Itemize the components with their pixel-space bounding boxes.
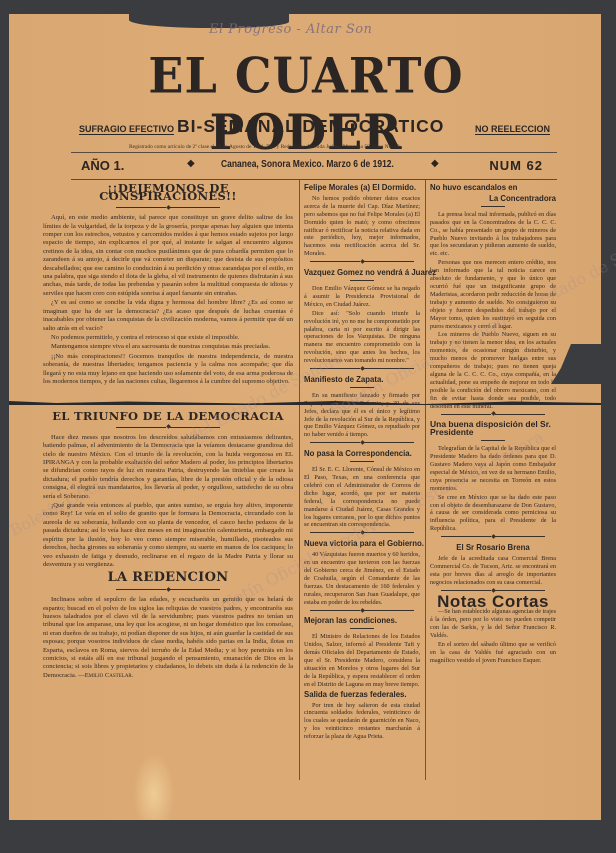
torn-edge <box>551 344 601 384</box>
paragraph: Telegrafían de la Capital de la Repúblic… <box>430 445 556 492</box>
place-date: Cananea, Sonora Mexico. Marzo 6 de 1912. <box>221 159 394 170</box>
paragraph: El Sr. E. C. Llorente, Cónsul de México … <box>304 466 420 529</box>
issue-number: NUM 62 <box>489 158 543 173</box>
middle-column: Felipe Morales (a) El Dormido. No hemos … <box>304 182 420 742</box>
headline: El Sr Rosario Brena <box>435 544 551 552</box>
divider <box>350 280 374 281</box>
paragraph: Personas que nos merecen entero crédito,… <box>430 259 556 330</box>
paragraph: ¡Qué grande veía entonces al pueblo, que… <box>43 502 293 569</box>
paragraph: Los mineros de Pueblo Nuevo, siguen en s… <box>430 331 556 410</box>
ornament-divider: ◆ <box>304 530 420 538</box>
ornament-divider: ◆ <box>43 586 293 594</box>
divider <box>350 628 374 629</box>
paragraph: Mantengamos siempre viva el ara sacrosan… <box>43 343 293 351</box>
newspaper-page: El Progreso - Altar Son EL CUARTO PODER … <box>9 14 601 820</box>
headline: LA REDENCION <box>43 574 293 582</box>
diamond-icon: ◆ <box>187 158 195 169</box>
registration-line: Registrado como artículo de 2ª clase el … <box>129 144 401 150</box>
headline: EL TRIUNFO DE LA DEMOCRACIA <box>43 412 293 420</box>
paragraph: No hemos podido obtener datos exactos ac… <box>304 195 420 258</box>
ornament-divider: ◆ <box>304 440 420 448</box>
article-triunfo: EL TRIUNFO DE LA DEMOCRACIA ◆ Hace diez … <box>43 410 293 681</box>
newspaper-subtitle: BI-SEMANAL DEMOCRATICO <box>177 116 444 137</box>
divider <box>481 206 505 207</box>
ornament-divider: ◆ <box>430 534 556 542</box>
motto-right: NO REELECCION <box>475 124 550 135</box>
article-conspiraciones: ¡¡DEJEMONOS DE CONSPIRACIONES!! ◆ Aquí, … <box>43 182 293 387</box>
paragraph: Don Emilio Vázquez Gómez se ha negado á … <box>304 285 420 309</box>
headline: Salida de fuerzas federales. <box>304 691 411 699</box>
diamond-icon: ◆ <box>431 158 439 169</box>
headline: Nueva victoria para el Gobierno. <box>304 540 411 548</box>
ornament-divider: ◆ <box>304 259 420 267</box>
paragraph: ¡¡No más conspiraciones!! Gocemos tranqu… <box>43 353 293 387</box>
paragraph: Inclinaos sobre el sepulcro de las edade… <box>43 596 293 680</box>
paragraph: Jefe de la acreditada casa Comercial Bre… <box>430 555 556 587</box>
ornament-divider: ◆ <box>43 204 293 212</box>
paragraph: Se cree en México que se ha dado este pa… <box>430 494 556 534</box>
issue-year: AÑO 1. <box>81 158 124 173</box>
paragraph: Dice así: "Solo cuando triunfe la revolu… <box>304 310 420 365</box>
right-column: No huvo escandalos en La Concentradora L… <box>430 182 556 666</box>
paragraph: ¿Y es así como se concibe la vida digna … <box>43 299 293 333</box>
paragraph: No podemos permitirlo, y contra el retro… <box>43 334 293 342</box>
column-divider <box>299 180 300 780</box>
signature: —Emilio Castelar. <box>78 672 133 679</box>
headline: No pasa la Correspondencia. <box>304 450 411 458</box>
paragraph: En su manifiesto lanzado y firmado por Z… <box>304 392 420 439</box>
paragraph: Aquí, en este medio ambiente, tal parece… <box>43 214 293 298</box>
motto-left: SUFRAGIO EFECTIVO <box>79 124 174 135</box>
paragraph: En el sorteo del sábado último que se ve… <box>430 641 556 665</box>
headline: ¡¡DEJEMONOS DE CONSPIRACIONES!! <box>43 184 293 201</box>
ornament-divider: ◆ <box>304 366 420 374</box>
paragraph: Por tren de hoy salieron de esta ciudad … <box>304 702 420 742</box>
headline: La Concentradora <box>440 195 556 203</box>
paragraph: El Ministro de Relaciones de los Estados… <box>304 633 420 688</box>
headline: No huvo escandalos en <box>430 184 546 192</box>
paragraph: 40 Vázquistas fueron muertos y 60 herido… <box>304 551 420 606</box>
paragraph: —Se han establecido algunas agencias de … <box>430 608 556 640</box>
divider <box>481 440 505 441</box>
headline: Felipe Morales (a) El Dormido. <box>304 184 411 192</box>
ornament-divider: ◆ <box>430 411 556 419</box>
paragraph: La prensa local mal informada, publicó e… <box>430 211 556 258</box>
handwritten-note: El Progreso - Altar Son <box>209 22 372 37</box>
headline: Mejoran las condiciones. <box>304 617 411 625</box>
headline: Una buena disposición del Sr. Presidente <box>430 421 556 437</box>
ornament-divider: ◆ <box>43 423 293 431</box>
headline: Notas Cortas <box>430 598 556 606</box>
paragraph: Hace diez meses que nosotros los descreí… <box>43 434 293 501</box>
divider <box>350 461 374 462</box>
headline: Vazquez Gomez no vendrá á Juarez <box>304 269 411 277</box>
divider <box>350 387 374 388</box>
dateline-bar: AÑO 1. ◆ Cananea, Sonora Mexico. Marzo 6… <box>71 152 557 180</box>
ornament-divider: ◆ <box>304 608 420 616</box>
headline: Manifiesto de Zapata. <box>304 376 411 384</box>
